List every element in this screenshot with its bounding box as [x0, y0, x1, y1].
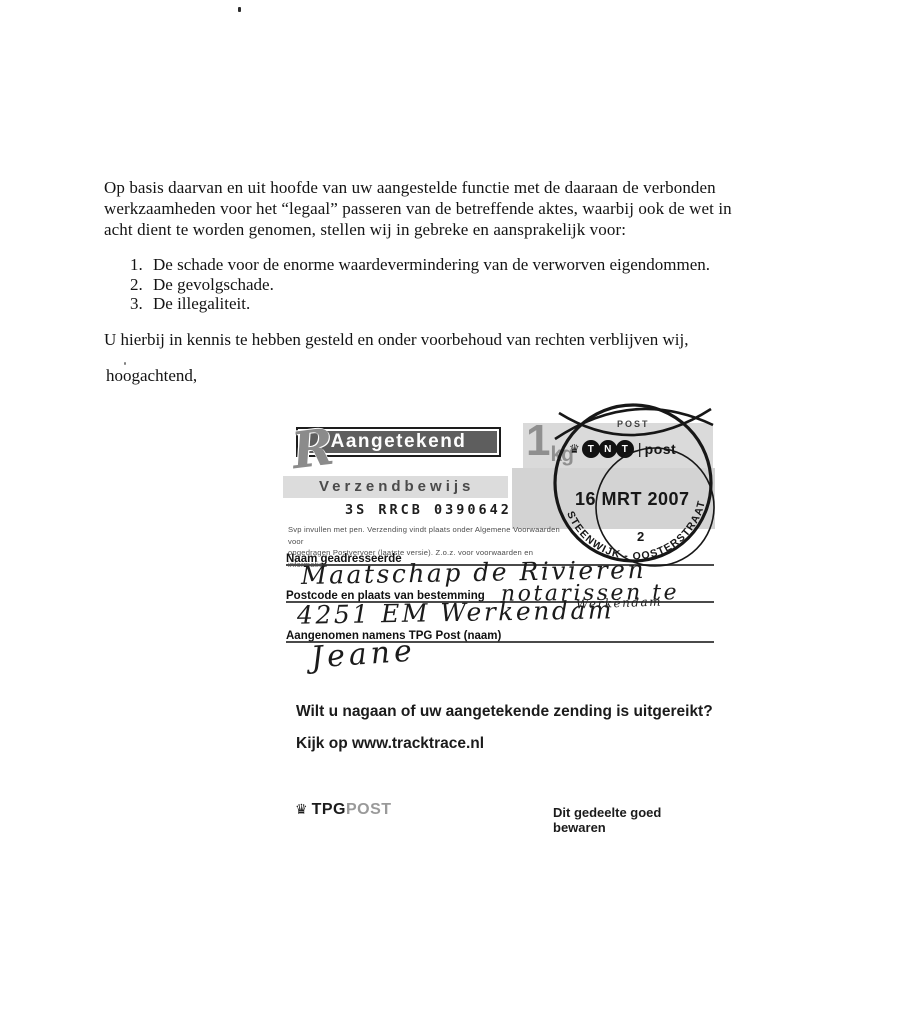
crown-icon: ♛: [295, 802, 308, 818]
letter-salutation: hoogachtend,: [106, 366, 197, 386]
keep-this-part-note: Dit gedeelte goed bewaren: [553, 805, 717, 835]
tracking-website-line: Kijk op www.tracktrace.nl: [296, 735, 484, 753]
list-item: 1. De schade voor de enorme waardevermin…: [130, 255, 710, 275]
registered-mail-box: Aangetekend R: [296, 427, 501, 457]
list-text: De illegaliteit.: [153, 294, 250, 314]
registered-r-monogram: R: [289, 417, 337, 481]
tpg-brand-light: POST: [346, 801, 392, 819]
stamp-date: 16 MRT 2007: [575, 489, 690, 509]
partial-stamp-text: POST: [617, 419, 650, 429]
handwritten-note: Werkendam: [576, 595, 662, 612]
list-text: De gevolgschade.: [153, 275, 274, 295]
scan-speck: [238, 7, 241, 12]
list-item: 3. De illegaliteit.: [130, 294, 710, 314]
tpg-post-logo: ♛ TPG POST: [295, 801, 392, 819]
scanned-letter-page: Op basis daarvan en uit hoofde van uw aa…: [0, 0, 900, 1023]
handwritten-postcode: 4251 EM Werkendam: [297, 595, 614, 630]
handwritten-signature: Jeane: [310, 633, 417, 675]
stamp-counter: 2: [637, 529, 644, 544]
scan-speck: [124, 362, 126, 365]
list-marker: 2.: [130, 275, 153, 295]
paragraph-line: acht dient te worden genomen, stellen wi…: [104, 219, 732, 240]
fine-print-line: Svp invullen met pen. Verzending vindt p…: [288, 524, 573, 547]
letter-closing-line: U hierbij in kennis te hebben gesteld en…: [104, 330, 688, 350]
list-item: 2. De gevolgschade.: [130, 275, 710, 295]
paragraph-line: Op basis daarvan en uit hoofde van uw aa…: [104, 177, 732, 198]
list-marker: 1.: [130, 255, 153, 275]
list-text: De schade voor de enorme waardeverminder…: [153, 255, 710, 275]
receipt-title: Verzendbewijs: [319, 478, 474, 495]
tracking-question: Wilt u nagaan of uw aangetekende zending…: [296, 703, 713, 721]
letter-paragraph: Op basis daarvan en uit hoofde van uw aa…: [104, 177, 732, 240]
barcode-number: 3S RRCB 0390642: [345, 502, 512, 518]
claims-list: 1. De schade voor de enorme waardevermin…: [130, 255, 710, 314]
list-marker: 3.: [130, 294, 153, 314]
paragraph-line: werkzaamheden voor het “legaal” passeren…: [104, 198, 732, 219]
postmark-stamp: POST 16 MRT 2007 2 STEENWIJK - OOSTERSTR…: [545, 383, 720, 573]
tpg-brand-bold: TPG: [312, 801, 346, 819]
